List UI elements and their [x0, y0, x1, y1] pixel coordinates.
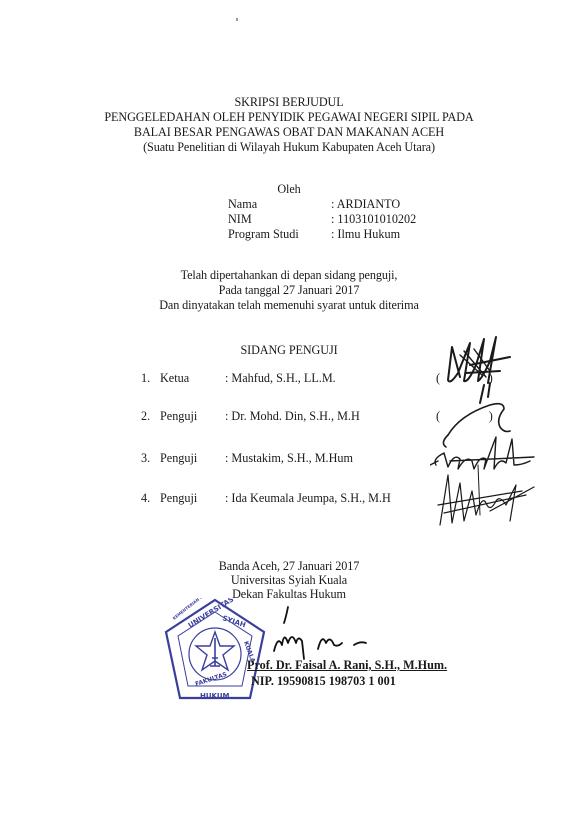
- scan-speck: [236, 18, 238, 21]
- examiner-role: Ketua: [160, 371, 189, 386]
- examiner-role: Penguji: [160, 409, 197, 424]
- examiner-number: 2.: [141, 409, 150, 424]
- name-label: Nama: [228, 197, 257, 212]
- thesis-title-line-1: PENGGELEDAHAN OLEH PENYIDIK PEGAWAI NEGE…: [0, 110, 578, 125]
- signature-3: [430, 437, 534, 469]
- document-page: SKRIPSI BERJUDUL PENGGELEDAHAN OLEH PENY…: [0, 0, 578, 817]
- dean-name: Prof. Dr. Faisal A. Rani, S.H., M.Hum.: [247, 658, 447, 673]
- examiner-role: Penguji: [160, 491, 197, 506]
- examiner-name: : Dr. Mohd. Din, S.H., M.H: [225, 409, 360, 424]
- by-label: Oleh: [0, 182, 578, 197]
- dean-signature: [270, 605, 400, 665]
- examiner-number: 4.: [141, 491, 150, 506]
- dean-nip: NIP. 19590815 198703 1 001: [251, 674, 396, 689]
- signature-1: [448, 337, 510, 403]
- place-date: Banda Aceh, 27 Januari 2017: [0, 559, 578, 574]
- thesis-subtitle: (Suatu Penelitian di Wilayah Hukum Kabup…: [0, 140, 578, 155]
- document-title: SKRIPSI BERJUDUL: [0, 95, 578, 110]
- nim-label: NIM: [228, 212, 252, 227]
- faculty-stamp-icon: UNIVERSITAS SYIAH KUALA FAKULTAS HUKUM K…: [160, 598, 270, 706]
- signature-2: [443, 404, 510, 447]
- program-label: Program Studi: [228, 227, 299, 242]
- nim-value: : 1103101010202: [331, 212, 416, 227]
- examiner-name: : Ida Keumala Jeumpa, S.H., M.H: [225, 491, 391, 506]
- examiner-role: Penguji: [160, 451, 197, 466]
- svg-text:SYIAH: SYIAH: [221, 614, 246, 629]
- examiner-number: 1.: [141, 371, 150, 386]
- program-value: : Ilmu Hukum: [331, 227, 400, 242]
- examiner-name: : Mahfud, S.H., LL.M.: [225, 371, 336, 386]
- defense-line-1: Telah dipertahankan di depan sidang peng…: [0, 268, 578, 283]
- signature-4: [438, 465, 534, 525]
- svg-text:FAKULTAS: FAKULTAS: [194, 671, 227, 688]
- thesis-title-line-2: BALAI BESAR PENGAWAS OBAT DAN MAKANAN AC…: [0, 125, 578, 140]
- examiner-number: 3.: [141, 451, 150, 466]
- name-value: : ARDIANTO: [331, 197, 400, 212]
- dean-position: Dekan Fakultas Hukum: [0, 587, 578, 602]
- defense-line-3: Dan dinyatakan telah memenuhi syarat unt…: [0, 298, 578, 313]
- svg-text:HUKUM: HUKUM: [200, 692, 230, 700]
- examiner-name: : Mustakim, S.H., M.Hum: [225, 451, 353, 466]
- examiner-signatures: [430, 335, 560, 535]
- defense-date: Pada tanggal 27 Januari 2017: [0, 283, 578, 298]
- university-name: Universitas Syiah Kuala: [0, 573, 578, 588]
